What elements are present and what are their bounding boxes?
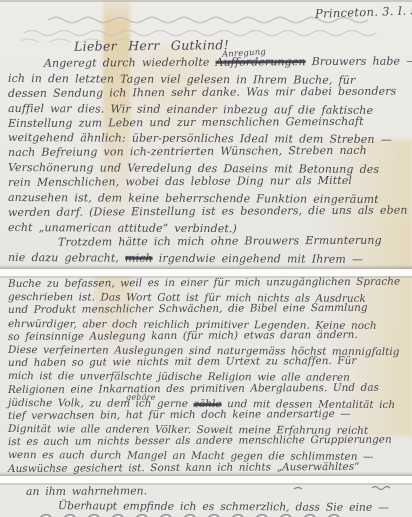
paragraph-lines-top: Angeregt durch wiederholte Aufforderunge… [8, 57, 410, 265]
handwritten-line: und Produkt menschlicher Schwächen, die … [8, 302, 410, 318]
handwritten-line: Überhaupt empfinde ich es schmerzlich, d… [26, 499, 410, 515]
line-text: Angeregt durch wiederholte [44, 56, 216, 70]
handwritten-line: nach Befreiung von ich-zentrierten Wünsc… [8, 144, 410, 161]
handwritten-line: so feinsinnige Auslegung kann (für mich)… [8, 328, 410, 344]
line-text: Brouwers habe — [306, 54, 412, 68]
salutation: Lieber Herr Gutkind! [74, 37, 229, 54]
date-line: Princeton. 3. I. 5 [315, 3, 412, 21]
handwritten-line: ist es auch um nichts besser als andere … [8, 434, 410, 450]
letter-scan-page: Princeton. 3. I. 5 Lieber Herr Gutkind! … [0, 0, 412, 517]
inserted-word: Anregung [222, 45, 267, 62]
handwritten-line: Angeregt durch wiederholte Aufforderunge… [8, 55, 410, 72]
letter-segment-middle: Buche zu befassen, weil es in einer für … [0, 276, 412, 476]
scan-seam [0, 269, 412, 276]
handwritten-line: Einstellung zum Leben und zur menschlich… [8, 114, 410, 131]
handwritten-line: werden darf. (Diese Einstellung ist es b… [8, 203, 410, 220]
handwritten-line: dessen Sendung ich Ihnen sehr danke. Was… [8, 84, 410, 101]
struck-word: mich [125, 251, 153, 264]
inserted-word: gehöre [126, 390, 156, 403]
line-text: nie dazu gebracht, [8, 251, 125, 265]
handwritten-line: und haben so gut wie nichts mit dem Urte… [8, 355, 410, 371]
handwritten-line: Religionen eine Inkarnation des primitiv… [8, 381, 410, 397]
letter-segment-top: Princeton. 3. I. 5 Lieber Herr Gutkind! … [0, 0, 412, 269]
scan-seam [0, 476, 412, 483]
handwritten-line: an ihm wahrnehmen. [26, 483, 410, 499]
line-text: jüdische Volk, zu dem ich gerne [8, 397, 194, 410]
line-text: irgendwie eingehend mit Ihrem — [153, 251, 364, 265]
paragraph-lines-bottom: an ihm wahrnehmen.Überhaupt empfinde ich… [26, 485, 410, 512]
handwritten-line: rein Menschlichen, wobei das leblose Din… [8, 174, 410, 191]
paragraph-lines-middle: Buche zu befassen, weil es in einer für … [8, 278, 410, 476]
handwritten-line: tief verwachsen bin, hat für mich doch k… [8, 407, 410, 423]
letter-segment-bottom: an ihm wahrnehmen.Überhaupt empfinde ich… [0, 483, 412, 517]
handwritten-line: Trotzdem hätte ich mich ohne Brouwers Er… [8, 233, 410, 250]
